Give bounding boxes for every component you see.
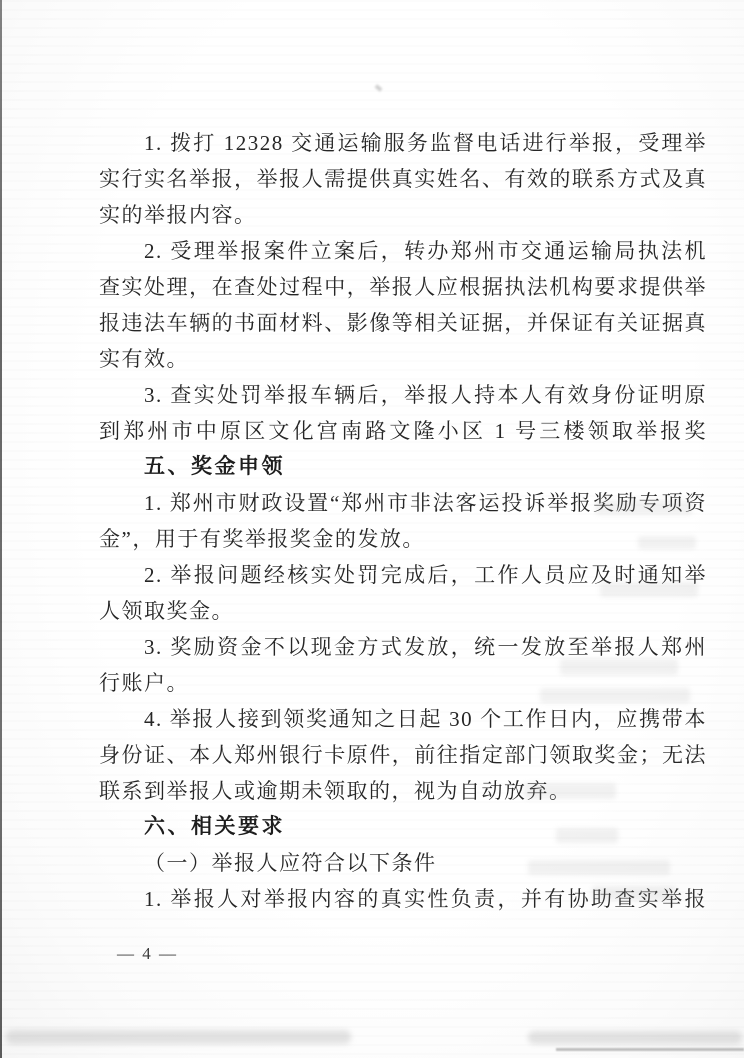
scan-speck-artifact [375, 84, 383, 92]
scan-smudge-artifact [528, 1031, 742, 1044]
text-line: 1. 郑州市财政设置“郑州市非法客运投诉举报奖励专项资 [99, 485, 707, 521]
text-line: 4. 举报人接到领奖通知之日起 30 个工作日内，应携带本人 [99, 701, 707, 737]
text-line: 身份证、本人郑州银行卡原件，前往指定部门领取奖金；无法 [99, 737, 707, 773]
text-line: 报违法车辆的书面材料、影像等相关证据，并保证有关证据真 [99, 305, 707, 341]
text-line: 2. 受理举报案件立案后，转办郑州市交通运输局执法机构 [99, 233, 707, 269]
scanned-document-page: 1. 拨打 12328 交通运输服务监督电话进行举报，受理举报 实行实名举报，举… [0, 0, 744, 1058]
text-line: 行账户。 [99, 665, 707, 701]
text-line: 实有效。 [99, 341, 707, 377]
text-line: 3. 查实处罚举报车辆后，举报人持本人有效身份证明原件 [99, 377, 707, 413]
text-line: 1. 举报人对举报内容的真实性负责，并有协助查实举报车 [99, 881, 707, 917]
text-line: 实行实名举报，举报人需提供真实姓名、有效的联系方式及真 [99, 161, 707, 197]
text-line: 查实处理，在查处过程中，举报人应根据执法机构要求提供举 [99, 269, 707, 305]
text-line: 联系到举报人或逾期未领取的，视为自动放弃。 [99, 773, 707, 809]
text-line: 到郑州市中原区文化宫南路文隆小区 1 号三楼领取举报奖励。 [99, 413, 707, 449]
scan-edge-artifact [0, 0, 2, 1058]
scan-line-artifact [556, 1048, 744, 1051]
text-line: 1. 拨打 12328 交通运输服务监督电话进行举报，受理举报 [99, 125, 707, 161]
section-heading: 五、奖金申领 [99, 449, 707, 485]
document-body: 1. 拨打 12328 交通运输服务监督电话进行举报，受理举报 实行实名举报，举… [99, 125, 707, 917]
text-line: 人领取奖金。 [99, 593, 707, 629]
subsection-line: （一）举报人应符合以下条件 [99, 845, 707, 881]
scan-smudge-artifact [6, 1030, 351, 1044]
text-line: 实的举报内容。 [99, 197, 707, 233]
section-heading: 六、相关要求 [99, 809, 707, 845]
page-number: — 4 — [117, 944, 178, 964]
text-line: 3. 奖励资金不以现金方式发放，统一发放至举报人郑州银 [99, 629, 707, 665]
text-line: 金”，用于有奖举报奖金的发放。 [99, 521, 707, 557]
text-line: 2. 举报问题经核实处罚完成后，工作人员应及时通知举报 [99, 557, 707, 593]
